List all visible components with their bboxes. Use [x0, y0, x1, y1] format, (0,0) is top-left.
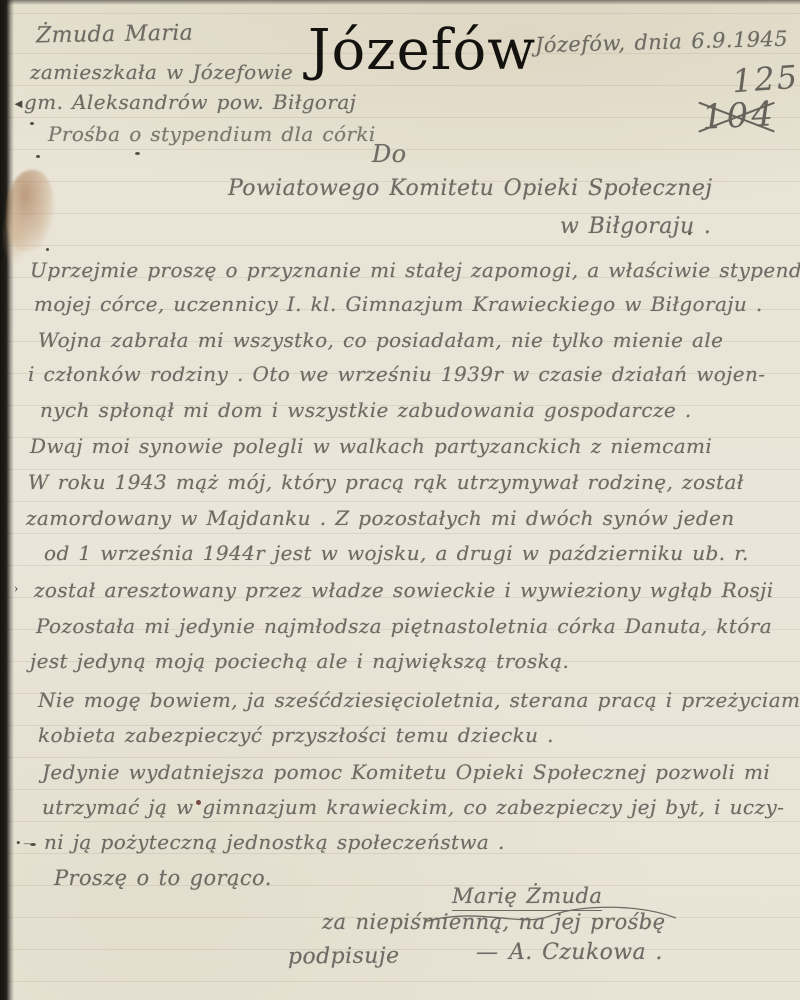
sender-commune: gm. Aleksandrów pow. Biłgoraj	[24, 90, 356, 114]
body-line: Uprzejmie proszę o przyznanie mi stałej …	[30, 258, 800, 282]
body-line: i członków rodziny . Oto we wrześniu 193…	[28, 362, 765, 386]
sender-name: Żmuda Maria	[36, 21, 194, 49]
margin-arrow-mark: ◄	[12, 96, 25, 112]
sender-residence: zamieszkała w Józefowie	[30, 60, 293, 84]
body-line: W roku 1943 mąż mój, który pracą rąk utr…	[28, 470, 744, 494]
body-line: Dwaj moi synowie polegli w walkach party…	[30, 434, 712, 458]
body-line: został aresztowany przez władze sowiecki…	[34, 578, 774, 602]
subject-line: Prośba o stypendium dla córki	[48, 122, 376, 146]
scan-edge-top	[0, 0, 800, 5]
signature-signer-name: A. Czukowa .	[509, 940, 663, 965]
addressee-line1: Powiatowego Komitetu Opieki Społecznej	[228, 176, 712, 201]
overlay-title: Józefów	[308, 18, 536, 83]
body-line: Proszę o to gorąco.	[54, 866, 272, 890]
speck	[30, 122, 34, 125]
speck	[36, 155, 40, 158]
body-line: nych spłonął mi dom i wszystkie zabudowa…	[40, 398, 692, 422]
margin-tick-mark: ›	[14, 580, 18, 596]
scan-edge-left	[0, 0, 14, 1000]
body-line: od 1 września 1944r jest w wojsku, a dru…	[44, 541, 749, 565]
speck	[46, 248, 49, 251]
body-line: kobieta zabezpieczyć przyszłości temu dz…	[38, 723, 554, 747]
body-line: Wojna zabrała mi wszystko, co posiadałam…	[38, 328, 723, 352]
body-line: Pozostała mi jedynie najmłodsza piętnast…	[36, 614, 772, 638]
archival-number-crossed: 104	[701, 94, 777, 138]
addressee-salutation: Do	[372, 140, 407, 168]
body-line: utrzymać ją w gimnazjum krawieckim, co z…	[42, 795, 784, 819]
body-line: jest jedyną moją pociechą ale i najwięks…	[30, 649, 569, 673]
addressee-line2: w Biłgoraju .	[560, 214, 711, 239]
margin-dash-mark: • –	[16, 835, 30, 851]
body-line: Jedynie wydatniejsza pomoc Komitetu Opie…	[42, 760, 770, 784]
speck	[30, 843, 36, 846]
body-line: mojej córce, uczennicy I. kl. Gimnazjum …	[34, 292, 763, 316]
signature-signer: — A. Czukowa .	[476, 940, 663, 965]
signature-signs-label: podpisuje	[288, 944, 400, 970]
body-line: ni ją pożyteczną jednostką społeczeństwa…	[44, 830, 505, 854]
body-line: Nie mogę bowiem, ja sześćdziesięcioletni…	[38, 688, 800, 712]
body-line: zamordowany w Majdanku . Z pozostałych m…	[26, 506, 735, 530]
paper-stain-halo	[2, 205, 28, 265]
speck	[135, 152, 140, 155]
scanned-letter-page: Józefów Żmuda Maria zamieszkała w Józefo…	[0, 0, 800, 1000]
signature-note: za niepiśmienną, na jej prośbę	[322, 910, 665, 934]
